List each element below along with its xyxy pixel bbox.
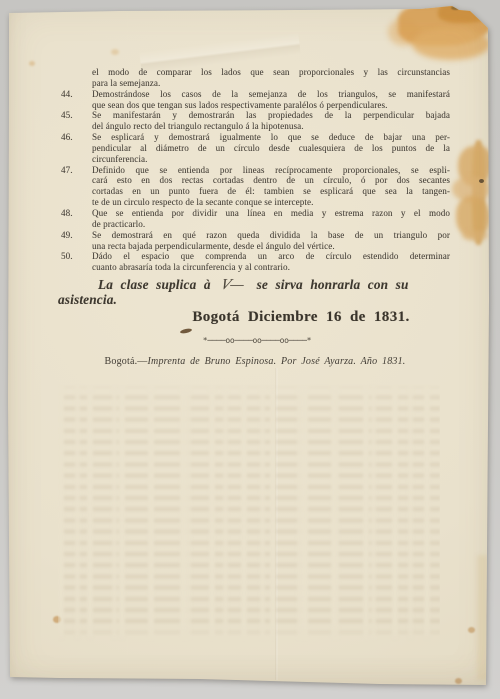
list-item-46: 46. Se esplicará y demostrará igualmente… [60,132,450,165]
foxing-dot [455,678,462,684]
text-line: el modo de comparar los lados que sean p… [92,67,450,78]
ink-fleck-under-dateline [180,328,193,334]
foxing-dot [111,49,119,55]
text-line: te de un circulo respecto de la secante … [92,197,450,208]
item-number: 45. [61,110,89,121]
text-line: cará esto en dos rectas cortadas dentro … [92,175,450,186]
text-line: cuanto abrasaría toda la circunferencia … [92,262,450,273]
divider-text: *────oo────oo────oo────* [203,336,311,345]
imprint-line: Bogotá.—Imprenta de Bruno Espinosa. Por … [60,356,450,367]
item-number: 49. [61,230,89,241]
closing-pre-text: La clase suplica à [98,277,211,292]
paper-wrap: el modo de comparar los lados que sean p… [0,0,500,699]
foxing-dot [468,627,475,633]
stain-right-middle-streak [472,140,485,245]
stain-right-middle-mid [452,176,490,202]
imprint-city: Bogotá.— [105,356,148,367]
foxing-dot [53,616,61,623]
list-item-49: 49. Se demostrará en qué razon queda div… [60,230,450,252]
text-line: cortadas en un punto fuera de él: tambie… [92,186,450,197]
divider-ornament: *────oo────oo────oo────* [60,336,450,345]
text-line: del ángulo recto del triangulo rectangul… [92,121,450,132]
paper-sheet: el modo de comparar los lados que sean p… [0,0,500,699]
text-line: Se manifestarán y demostrarán las propie… [92,110,450,121]
closing-line-1: La clase suplica àV—se sirva honrarla co… [58,278,454,293]
text-line: Se esplicará y demostrará igualmente lo … [92,132,450,143]
text-line: Que se entienda por dividir una línea en… [92,208,450,219]
syllabus-list: el modo de comparar los lados que sean p… [60,67,450,273]
stain-right-middle-upper [458,146,492,186]
text-line: una recta bajada perpendicularmente, des… [92,241,450,252]
ink-dot-in-stain [479,179,484,183]
stain-top-right-lobe [412,28,490,60]
stain-top-right [398,2,492,46]
text-line: de practicarlo. [92,219,450,230]
list-item-44: 44. Demostrándose los casos de la semeja… [60,89,450,111]
handwritten-addressee: V— [218,278,246,293]
list-item-48: 48. Que se entienda por dividir una líne… [60,208,450,230]
item-number: 47. [61,165,89,176]
dateline: Bogotá Diciembre 16 de 1831. [60,309,450,326]
list-item-47: 47. Definido que se entienda por lineas … [60,165,450,208]
text-line: pendicular al diámetro de un círculo des… [92,143,450,154]
stain-right-middle-lower [456,196,490,238]
text-line: Dádo el espacio que comprenda un arco de… [92,251,450,262]
text-line: Definido que se entienda por lineas recí… [92,165,450,176]
stain-right-middle-tail [462,230,488,241]
stain-top-right-fringe [388,18,420,46]
reverse-side-bleed-through [58,384,440,642]
text-line: que sean dos que tengan sus lados respec… [92,100,450,111]
closing-line-2: asistencia. [58,293,454,308]
list-item-continuation: el modo de comparar los lados que sean p… [60,67,450,89]
stain-right-edge-lower [477,555,488,680]
fold-crease-vertical [275,368,278,680]
text-line: circunferencia. [92,154,450,165]
text-line: Demostrándose los casos de la semejanza … [92,89,450,100]
closing-post-text: se sirva honrarla con su [257,277,409,292]
item-number: 44. [61,89,89,100]
item-number: 48. [61,208,89,219]
item-number: 46. [61,132,89,143]
stain-top-right-core [438,3,488,23]
item-number: 50. [61,251,89,262]
list-item-50: 50. Dádo el espacio que comprenda un arc… [60,251,450,273]
list-item-45: 45. Se manifestarán y demostrarán las pr… [60,110,450,132]
text-line: para la semejanza. [92,78,450,89]
text-line: Se demostrará en qué razon queda dividid… [92,230,450,241]
closing-paragraph: La clase suplica àV—se sirva honrarla co… [58,278,454,307]
dateline-text: Bogotá Diciembre 16 de 1831. [192,309,409,325]
scanned-document-page: el modo de comparar los lados que sean p… [0,0,500,699]
stain-top-tip [451,6,460,10]
foxing-dot [29,61,35,66]
imprint-printer: Imprenta de Bruno Espinosa. Por José Aya… [148,356,406,367]
